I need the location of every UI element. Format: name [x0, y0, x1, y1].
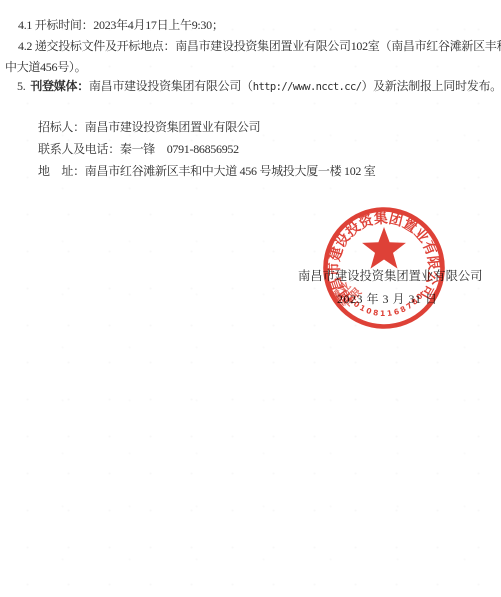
address-line: 地 址：南昌市红谷滩新区丰和中大道 456 号城投大厦一楼 102 室: [38, 163, 376, 179]
publication-url: http://www.ncct.cc/: [253, 81, 362, 93]
seal-star-icon: [362, 227, 406, 269]
clause-4-2-continuation: 中大道456号）。: [5, 59, 86, 75]
document-page: 4.1 开标时间：2023年4月17日上午9:30； 4.2 递交投标文件及开标…: [0, 0, 501, 597]
clause-5-label: 刊登媒体：: [30, 79, 89, 93]
clause-5-number: 5.: [17, 79, 25, 93]
clause-5-publication-media: 5.刊登媒体：南昌市建设投资集团有限公司（http://www.ncct.cc/…: [17, 78, 501, 95]
contact-line: 联系人及电话：秦一锋 0791-86856952: [38, 141, 239, 157]
clause-4-1-open-bid-time: 4.1 开标时间：2023年4月17日上午9:30；: [18, 17, 224, 33]
clause-5-text-post: ）及新法制报上同时发布。: [361, 79, 501, 93]
clause-5-text-pre: 南昌市建设投资集团有限公司（: [89, 79, 253, 93]
bidder-line: 招标人：南昌市建设投资集团置业有限公司: [38, 119, 260, 135]
official-seal: 南昌市建设投资集团置业有限公司 3601081168780 置业 有限: [318, 202, 450, 334]
clause-4-2-submission-location: 4.2 递交投标文件及开标地点：南昌市建设投资集团置业有限公司102室（南昌市红…: [18, 38, 501, 54]
